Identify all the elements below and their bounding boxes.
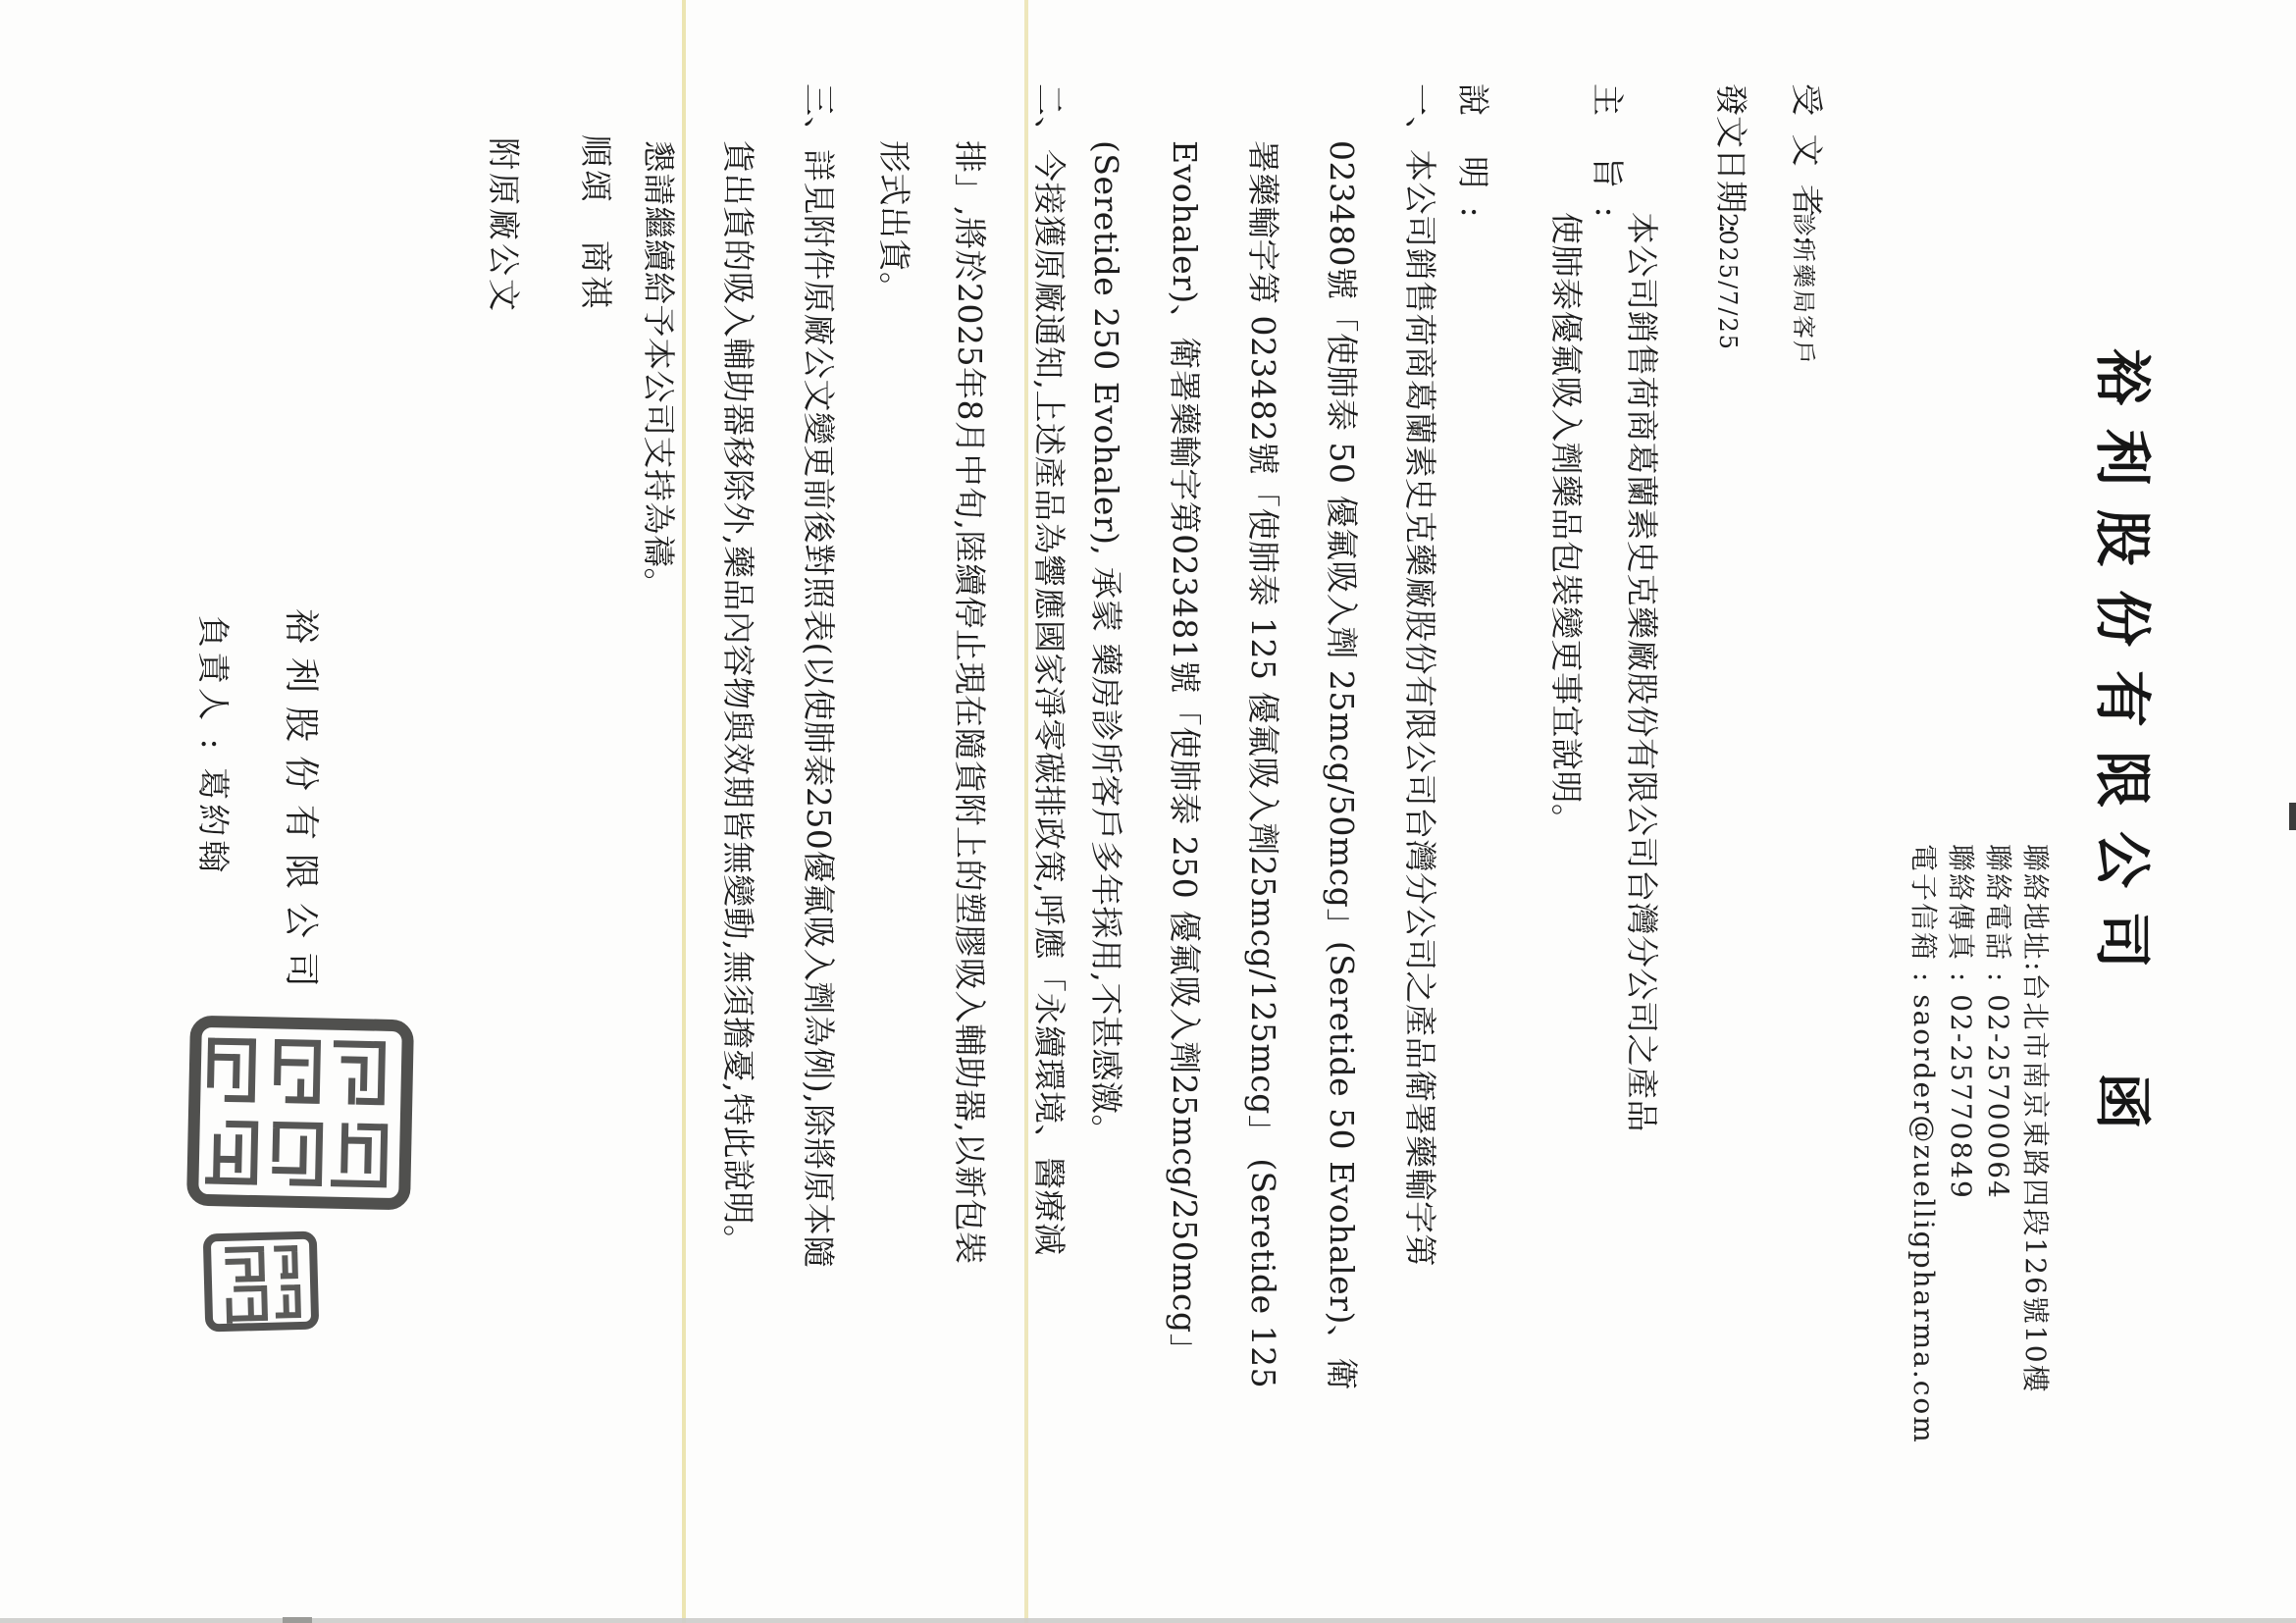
fold-line-upper [1024, 0, 1028, 1623]
subject-line-2: 使肺泰優氟吸入劑藥品包裝變更事宜說明。 [1547, 212, 1585, 837]
scan-artifact-tick [2289, 803, 2296, 830]
scanned-letter: 裕利股份有限公司 函 聯絡地址:台北市南京東路四段126號10樓 聯絡電話 : … [0, 0, 2296, 1623]
explanation-label: 說 明 : [1454, 83, 1491, 222]
scan-edge-mark [283, 1617, 312, 1623]
item2-line-2: 排」,將於2025年8月中旬,陸續停止現在隨貨附上的塑膠吸入輔助器,以新包裝 [951, 140, 988, 1264]
personal-seal-stamp [202, 1230, 321, 1333]
item3-line-2: 貨出貨的吸入輔助器移除外,藥品內容物與效期皆無變動,無須擔憂,特此說明。 [719, 140, 757, 1257]
date-value: 2025/7/25 [1713, 213, 1741, 351]
signature-principal: 負責人 : 葛約翰 [194, 615, 232, 876]
signature-company: 裕利股份有限公司 [281, 608, 321, 1001]
fold-line-lower [682, 0, 686, 1623]
closing-wishes: 順頌 商祺 [577, 134, 614, 311]
recipient-value: 診所藥局客戶 [1789, 213, 1816, 366]
item2-line-3: 形式出貨。 [875, 140, 913, 305]
letter-page: 裕利股份有限公司 函 聯絡地址:台北市南京東路四段126號10樓 聯絡電話 : … [0, 0, 2296, 1623]
contact-email: 電子信箱 : saorder@zuelligpharma.com [1907, 844, 1939, 1444]
date-label: 發文日期 : [1712, 83, 1749, 235]
subject-label: 主 旨 : [1589, 83, 1626, 222]
item1-line-3: 署藥輸字第 023482號「使肺泰 125 優氟吸入劑25mcg/125mcg」… [1244, 140, 1281, 1388]
company-header-title: 裕利股份有限公司 函 [2089, 348, 2155, 1153]
contact-fax: 聯絡傳真 : 02-25770849 [1945, 844, 1976, 1200]
attachment-note: 附原廠公文 [485, 137, 522, 314]
item1-line-4: Evohaler)、衛署藥輸字第023481號「使肺泰 250 優氟吸入劑25m… [1166, 140, 1203, 1366]
company-seal-stamp [184, 1014, 416, 1213]
item1-line-2: 023480號「使肺泰 50 優氟吸入劑 25mcg/50mcg」(Sereti… [1323, 140, 1360, 1390]
subject-line-1: 本公司銷售荷商葛蘭素史克藥廠股份有限公司台灣分公司之產品 [1623, 212, 1660, 1132]
item1-line-1: 一、本公司銷售荷商葛蘭素史克藥廠股份有限公司台灣分公司之產品衛署藥輸字第 [1401, 83, 1438, 1267]
item2-line-1: 二、今接獲原廠通知,上述產品為響應國家淨零碳排政策,呼應「永續環境、醫療減 [1030, 83, 1068, 1255]
item3-line-1: 三、詳見附件原廠公文變更前後對照表(以使肺泰250優氟吸入劑為例),除將原本隨 [800, 83, 837, 1269]
contact-phone: 聯絡電話 : 02-25700064 [1982, 844, 2013, 1200]
contact-address: 聯絡地址:台北市南京東路四段126號10樓 [2019, 844, 2051, 1394]
item1-line-5: (Seretide 250 Evohaler), 承蒙 藥房診所客戶多年採用,不… [1087, 140, 1124, 1147]
scan-edge [0, 1618, 2296, 1623]
closing-request: 懇請繼續給予本公司支持為禱。 [640, 140, 677, 601]
